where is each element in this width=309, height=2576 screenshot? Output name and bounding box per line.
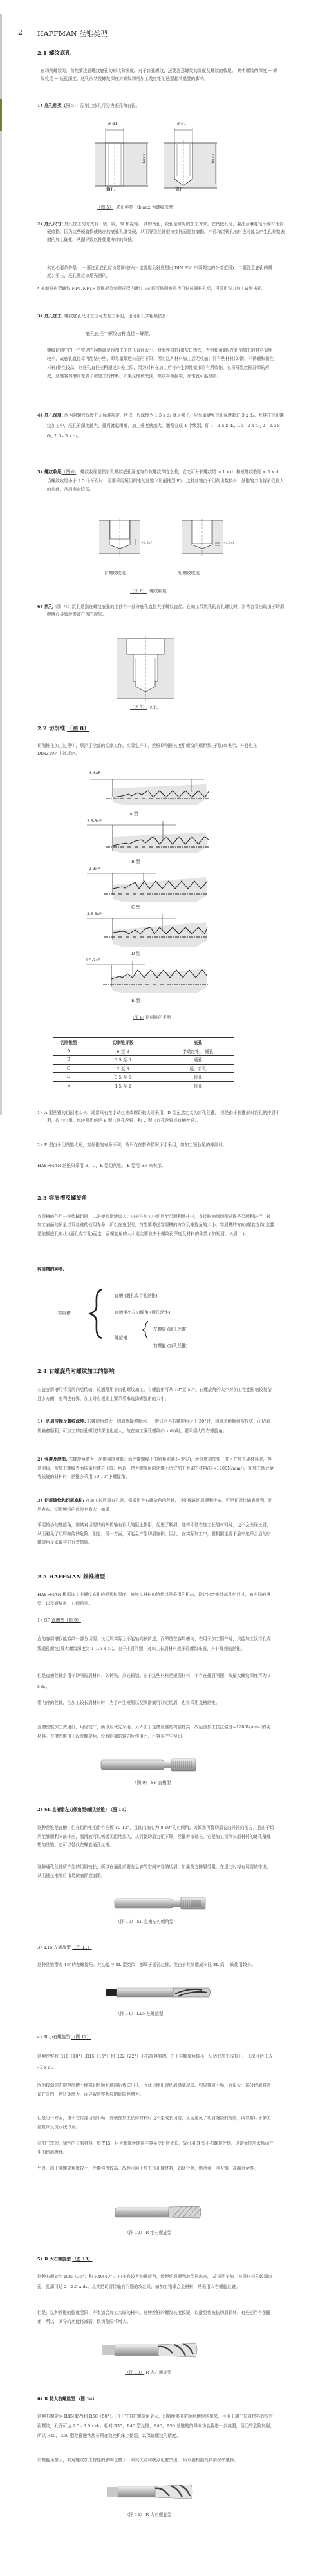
s24-point3-more: 采用较小的螺旋角，则其对切屑的向外传输有很大的阻止作用，促进了断屑。这样即使在加… — [37, 1521, 274, 1548]
page-edge-bar — [0, 14, 2, 1115]
s21-item3-more: 螺纹切削中的一个常见的问题就是预加工的底孔直径太小。对脆性材料(如灰口铸铁，青铜… — [47, 346, 276, 381]
s21-intro: 在切削螺纹时，首先要注意螺纹底孔的形状和深度。对于盲孔螺纹，还要注意螺纹的深度及… — [41, 67, 277, 82]
sf-para-2: 但是直槽丝锥常用于切削短屑材料，如铸铁，高硅铸铝。由于这些材料是短屑材料，不存在… — [37, 1671, 274, 1692]
s21-item5-label: 5）螺纹收尾 — [37, 469, 62, 475]
s24-point3: 3）切屑缠绕和切屑塞积: 在加工长屑深盲孔时，需采用大右螺旋角的丝锥，以便保证切… — [37, 1497, 274, 1514]
table-cell: A — [53, 1046, 84, 1056]
r-small-type-prefix: 4）R 小右螺旋型 — [37, 2034, 71, 2040]
fig8-ref[interactable]: (图 8) — [133, 1015, 144, 1020]
s23-types-title: 容屑槽的种类: — [37, 1265, 274, 1273]
fig7-caption-text: 沉孔 — [149, 705, 158, 710]
fig5-dim-label-through: ø d1 — [108, 121, 117, 126]
tree-root-label: 容屑槽 — [58, 1309, 71, 1316]
r-xlarge-para-1: 这种右螺旋为 R45(45°)和 R50（50°）。由于它的右螺旋角更大，切屑能… — [37, 2412, 274, 2441]
s24-point3-label: 3）切屑缠绕和切屑塞积: — [37, 1498, 84, 1503]
sf-type-prefix: 1）SF — [37, 1618, 51, 1623]
table-header: 切削锥型 — [53, 1038, 84, 1047]
fig5-caption-text: 底孔种类 （bmax 为螺纹深度） — [116, 205, 177, 210]
fig10-ref[interactable]: （图 10） — [116, 1919, 135, 1924]
fig14-caption-text: R 大右螺旋型 — [145, 2512, 171, 2517]
fig12-caption-text: R 小右螺旋型 — [145, 2230, 171, 2235]
fig8-c-label: C 型 — [131, 904, 140, 910]
table-row: D3.5 至 5盲孔 — [53, 1073, 234, 1082]
table-cell: 6 至 8 — [84, 1046, 162, 1056]
fig10-link[interactable]: （图 10） — [109, 1807, 129, 1812]
cone-type-d — [87, 914, 209, 947]
s21-formula: 底孔直径＝螺纹公称直径－螺距。 — [86, 330, 309, 337]
r-xlarge-para-2: 右螺旋角愈大，其对螺纹加工特性的影响也愈大，即其优点和缺点也愈突出。 所以要根据… — [37, 2456, 274, 2465]
chapter-number: 2 — [18, 28, 23, 37]
fig6-short-label: 短螺纹收尾 — [178, 569, 200, 576]
fig8-c-dim: 2-3xP — [89, 867, 100, 871]
table-cell: 3.5 至 5 — [84, 1056, 162, 1065]
s21-item5: 5）螺纹收尾（图 6）：螺纹收尾是指盲孔螺纹底孔深度与有效螺纹深度之差，它又可分… — [37, 468, 285, 495]
s21-item5-text: ：螺纹收尾是指盲孔螺纹底孔深度与有效螺纹深度之差，它又可分长螺纹尾 > 1 x … — [47, 469, 285, 492]
r-large-para-1: 这种右螺旋为 R35（35°）和 R40(40°)。由于有较大的螺旋角，能使切屑… — [37, 2272, 274, 2292]
fig14-link[interactable]: （图 14） — [77, 2396, 97, 2401]
s21-item4-label: 4）底孔深度: — [37, 413, 63, 418]
fig11-link[interactable]: （图 11） — [72, 1945, 91, 1950]
section-2-1-title: 2.1 螺纹底孔 — [37, 49, 71, 57]
sl-tap-image — [114, 1896, 207, 1910]
fig6-long-label: 长螺纹收尾 — [104, 569, 126, 576]
table-cell: B — [53, 1056, 84, 1065]
fig7-diagram — [116, 636, 175, 701]
sf-tap-image — [100, 1757, 197, 1772]
r-large-type-prefix: 5）R 大右螺旋型 — [37, 2257, 72, 2262]
fig10-caption: （图 10） SL 直槽左刃倾角型 — [116, 1918, 174, 1924]
fig8-caption-text: 切削锥的类型 — [145, 1015, 171, 1020]
fig6-caption-text: 螺纹收尾 — [149, 589, 166, 594]
fig11-ref[interactable]: （图 11） — [116, 2011, 135, 2016]
fig9-caption: （图 9） SF 直槽型 — [133, 1779, 171, 1785]
section-2-5-title: 2.5 HAFFMAN 丝锥槽型 — [37, 1573, 105, 1580]
fig10-caption-text: SL 直槽左刃倾角型 — [136, 1919, 173, 1924]
fig5-ref[interactable]: （图 5） — [97, 205, 113, 210]
s21-note: * 美制锥形管螺纹 NPT/NPTF 及锥形英制惠氏管内螺纹 Rc 既可钻圆锥孔… — [37, 285, 283, 292]
section-2-2-title-text: 2.2 切削锥 — [37, 726, 65, 732]
table-header: 切削锥牙数 — [84, 1038, 162, 1047]
s21-item3: 3）底孔加工: 螺纹底孔尺寸直径可查有关手册，也可用公式粗略估算： — [37, 312, 274, 320]
fig12-ref[interactable]: （图 12） — [125, 2230, 144, 2235]
fig5-depth-label-blind: bmax — [212, 153, 216, 163]
fig13-ref[interactable]: （图 13） — [125, 2370, 144, 2375]
fig9-caption-text: SF 直槽型 — [151, 1780, 171, 1785]
fig5-depth-label-through: bmax — [143, 153, 147, 163]
fig8-d-dim: 3.5-5xP — [87, 912, 102, 916]
cone-type-e — [86, 961, 209, 993]
fig8-caption: (图 8) 切削锥的类型 — [133, 1014, 171, 1020]
s24-intro: 右旋容屑槽可将切屑向后传输，故通常用于盲孔螺纹加工。右螺旋角可从 10°至 50… — [37, 1386, 274, 1403]
r-small-para-1: 这种丝锥有 R10（10°）,R15（15°）和 R22（22°）小右旋容屑槽。… — [37, 2051, 274, 2073]
table-header-row: 切削锥型 切削锥牙数 底孔 — [53, 1038, 234, 1047]
r-large-para-2: 但是，这种丝锥的强度受限，不太适合加工太硬的材料。这种丝锥的螺纹长度较短，以避免… — [37, 2309, 274, 2326]
fig6-diagram — [97, 519, 245, 558]
fig5-link[interactable]: 图 5） — [66, 103, 76, 108]
fig13-caption-text: R 大右螺旋型 — [145, 2370, 171, 2375]
table-cell: E — [53, 1081, 84, 1090]
s21-item2-more: 其它必要条件是： 一要注意底孔应该是圆柱形(一定要避免斜度超出 DIN 336 … — [47, 264, 276, 279]
s22-intro: 切削锥在加工过程中，承担了全部的切削工作。实际生产中，丝锥切削锥长度用螺纹的螺距… — [37, 742, 274, 757]
fig12-link[interactable]: （图 12） — [71, 2034, 91, 2040]
sf-para-3: 带内冷的丝锥，在加工较长屑材料时，为了产生短屑以便润滑液可冲走切屑，也常采用直槽… — [37, 1699, 274, 1708]
fig8-b-dim: 3.5-5xP — [87, 819, 102, 824]
table-cell: 3.5 至 5 — [84, 1073, 162, 1082]
fig13-caption: （图 13） R 大右螺旋型 — [125, 2369, 171, 2375]
tree-straight: 直槽 (通孔或盲孔丝锥) — [115, 1292, 158, 1298]
table-row: A6 至 8手动丝锥， 通孔 — [53, 1046, 234, 1056]
cone-type-b — [87, 821, 209, 853]
fig8-a-dim: 6-8xP — [89, 771, 100, 775]
fig8-e-label: E 型 — [131, 997, 140, 1003]
s21-item6-text: ：沉孔是指在螺纹底孔的上面有一部分底孔直径大于螺纹直径。在加工带沉孔的盲孔螺纹时… — [47, 604, 284, 617]
fig7-ref[interactable]: （图 7） — [130, 705, 147, 710]
table-cell: D — [53, 1073, 84, 1082]
s21-item4: 4）底孔深度: 因为对螺纹深度并无标准规定，所以一般深度为 1.5 x d₁ 就… — [37, 410, 285, 441]
table-header: 底孔 — [162, 1038, 234, 1047]
s21-item2-label: 2）底孔尺寸: — [37, 222, 63, 227]
s24-point2-label: 2）强度及磨损: — [37, 1457, 68, 1462]
cone-type-a — [90, 779, 209, 805]
tree-spiral: 螺旋槽 — [115, 1334, 127, 1340]
fig8-diagram — [84, 773, 212, 1018]
fig8-a-label: A 型 — [129, 810, 138, 817]
s24-point2-text: 右螺旋角愈大，丝锥强度愈低；而丝锥螺纹上的斜角则减小(变尖)，丝锥磨损加快，并且… — [37, 1457, 274, 1479]
cone-type-table: 切削锥型 切削锥牙数 底孔 A6 至 8手动丝锥， 通孔 B3.5 至 5通孔 … — [53, 1037, 234, 1090]
r-small-para-5: 另外，由于其螺旋角度较小，丝锥强度较高，故也可用于加工盲孔硬材料，如钛合金，镍合… — [37, 2164, 274, 2173]
tree-straight-left: 直槽带小左刃倾角 (通孔丝锥) — [115, 1309, 170, 1315]
sl-type-title: 2）SL 直槽带左刃倾角型(螺尖丝锥) （图 10） — [37, 1806, 129, 1814]
fig8-d-label: D 型 — [131, 950, 140, 956]
l15-type-prefix: 3）L15 左螺旋型 — [37, 1945, 72, 1950]
fig6-caption: （图 6） 螺纹收尾 — [130, 587, 167, 594]
page-edge-bar-lower — [0, 101, 2, 1115]
table-row: B3.5 至 5通孔 — [53, 1056, 234, 1065]
s21-item3-label: 3）底孔加工: — [37, 314, 63, 319]
table-cell: 通孔 — [162, 1056, 234, 1065]
cone-type-c — [87, 873, 209, 902]
sl-type-prefix: 2）SL 直槽带左刃倾角型(螺尖丝锥) — [37, 1807, 109, 1812]
chapter-title: HAFFMAN 丝锥类型 — [37, 28, 108, 39]
fig6-long-dim: >2.5xP — [141, 542, 153, 545]
s21-item1-label: 1）底孔种类（ — [37, 103, 66, 108]
sf-para-1: 直的容屑槽仅能容纳一部分切屑。长切屑实际上不能轴向被传送，而滞留在容屑槽内，在用… — [37, 1634, 274, 1653]
section-2-4-title: 2.4 右螺旋角对螺纹加工的影响 — [37, 1367, 115, 1375]
sl-para-2: 这种通孔丝锥所产生的切屑较长，所以在通孔前要有足够的空间来容纳切屑，如果前方排屑… — [37, 1863, 274, 1880]
s23-intro: 容屑槽的作用一是传输切屑，二是使润滑液流入。由于在加工中切屑能否顺利地排出，直接… — [37, 1213, 274, 1238]
table-row: E1.5 至 2盲孔 — [53, 1081, 234, 1090]
fig5-caption: （图 5） 底孔种类 （bmax 为螺纹深度） — [97, 204, 177, 210]
s21-item4-text: 因为对螺纹深度并无标准规定，所以一般深度为 1.5 x d₁ 就足够了。应尽量避… — [47, 413, 284, 439]
s24-point1: 1） 切屑传输及螺纹深度: 右螺旋角愈大，切屑传输愈顺利。一般只有当右螺旋角大于… — [37, 1417, 274, 1435]
sl-para-1: 这种丝锥是直槽，但在切削锥前带有左倾 10-12°，且轴向偏心为 8-10°的刃… — [37, 1824, 274, 1850]
tree-left-spiral: 左螺旋 (通孔丝锥) — [153, 1325, 187, 1332]
r-xlarge-type-prefix: 6）R 特大右螺旋型 — [37, 2396, 77, 2401]
s21-item3-text: 螺纹底孔尺寸直径可查有关手册，也可用公式粗略估算： — [63, 314, 171, 319]
s21-item6: 6）沉孔（图 7）：沉孔是指在螺纹底孔的上面有一部分底孔直径大于螺纹直径。在加工… — [37, 603, 285, 618]
table-row: C2 至 3通，盲孔 — [53, 1064, 234, 1073]
fig5-through-label: 通孔 — [106, 185, 115, 192]
s21-item2: 2）底孔尺寸: 底孔加工的方式有：钻，铰，冲 和浇铸。 其中钻孔，铰孔是常见的加… — [37, 220, 285, 243]
s22-note2: 2）E 型由于切削锥太短，对丝锥的寿命不利，故只有在特殊情况下才采用，如加工短收… — [37, 1141, 285, 1149]
fig11-caption-text: L15 左螺旋型 — [136, 2011, 163, 2016]
r-large-tap-image — [102, 2342, 198, 2358]
sf-para-4: 直槽丝锥加工费用低，用途较广，所以应优先采用。另外由于直槽丝锥结构强度高，故适合… — [37, 1723, 274, 1741]
s25-intro: HAFFMAN 根据加工中螺纹底孔的形状和深度，被加工材料的特性以及采用的机床，… — [37, 1591, 274, 1608]
fig14-caption: （图 14） R 大右螺旋型 — [125, 2511, 171, 2517]
r-small-type-title: 4）R 小右螺旋型 （图 12） — [37, 2033, 91, 2041]
section-2-3-title: 2.3 容屑槽及螺旋角 — [37, 1194, 87, 1202]
s21-item1-text: ：原则上底孔可分为通孔和盲孔。 — [76, 103, 140, 108]
r-small-tap-image — [115, 2205, 202, 2219]
table-cell: 盲孔 — [162, 1081, 234, 1090]
s21-item2-text: 底孔加工的方式有：钻，铰，冲 和浇铸。 其中钻孔，铰孔是常见的加工方式。在钻底孔… — [47, 222, 285, 242]
s21-item6-label: 6）沉孔 — [37, 604, 53, 609]
l15-tap-image — [106, 1986, 212, 1999]
s22-summary: HAFFMAN 丝锥只采用 B，C，E 型切削锥。 E 型用 EF 来表示。 — [37, 1162, 165, 1170]
r-xlarge-tap-image — [106, 2483, 194, 2500]
fig9-link[interactable]: 直槽型（图 9） — [51, 1618, 81, 1623]
r-small-para-3: 但是另一方面，由于它传送切屑不畅，即使在加工长屑材料时也不生成长切屑，从而避免了… — [37, 2114, 274, 2132]
table-cell: 盲孔 — [162, 1073, 234, 1082]
table-cell: 2 至 3 — [84, 1064, 162, 1073]
s21-item1: 1）底孔种类（图 5）：原则上底孔可分为通孔和盲孔。 — [37, 102, 274, 109]
fig8-e-dim: 1.5-2xP — [86, 958, 100, 963]
table-cell: 通，盲孔 — [162, 1064, 234, 1073]
s24-point2: 2）强度及磨损: 右螺旋角愈大，丝锥强度愈低；而丝锥螺纹上的斜角则减小(变尖)，… — [37, 1455, 274, 1482]
tree-right-spiral: 右螺旋 (盲孔丝锥) — [153, 1342, 187, 1349]
fig13-link[interactable]: （图 13） — [72, 2257, 92, 2262]
l15-type-title: 3）L15 左螺旋型 （图 11） — [37, 1944, 91, 1951]
fig8-link[interactable]: （图 8） — [67, 726, 89, 732]
s22-note1: 1）A 型丝锥的切削锥太长，通常只有在手动丝锥或螺距较大时采用，D 型虽然定义为… — [37, 1109, 285, 1124]
fig6-ref[interactable]: （图 6） — [130, 589, 147, 594]
fig9-ref[interactable]: （图 9） — [133, 1780, 149, 1785]
sf-type-title: 1）SF 直槽型（图 9） — [37, 1616, 81, 1624]
fig8-b-label: B 型 — [131, 858, 140, 864]
fig14-ref[interactable]: （图 14） — [125, 2512, 144, 2517]
r-small-para-4: 在加工软的，韧性的长屑材料，如 Y15，用大螺旋丝锥往往容易使切屑太长，故可用 … — [37, 2139, 274, 2157]
fig5-blind-label: 盲孔 — [175, 185, 183, 192]
fig11-caption: （图 11） L15 左螺旋型 — [116, 2010, 164, 2016]
r-large-type-title: 5）R 大右螺旋型 （图 13） — [37, 2255, 93, 2263]
fig6-short-dim: <2.5xP — [223, 542, 235, 545]
l15-para-1: 这种丝锥带有 15°的左螺旋角。其功能与 SL 型类似，都属于通孔丝锥。但由于其… — [37, 1961, 274, 1970]
fig12-caption: （图 12） R 小右螺旋型 — [125, 2229, 171, 2235]
fig5-dim-label-blind: ø d1 — [177, 121, 186, 126]
page-edge-accent — [0, 99, 2, 131]
fig6-link[interactable]: （图 6） — [62, 469, 77, 475]
table-cell: 手动丝锥， 通孔 — [162, 1046, 234, 1056]
fig5-diagram — [90, 121, 225, 192]
r-small-para-2: 因为较弱的右旋容屑槽不能将切屑顺利地向后传送出孔，因此可能出现切屑堵塞现象。如果… — [37, 2081, 274, 2099]
table-cell: 1.5 至 2 — [84, 1081, 162, 1090]
r-xlarge-type-title: 6）R 特大右螺旋型 （图 14） — [37, 2395, 97, 2403]
fig7-link[interactable]: （图 7） — [53, 604, 68, 609]
fig7-caption: （图 7） 沉孔 — [130, 703, 158, 710]
table-cell: C — [53, 1064, 84, 1073]
s24-point1-label: 1） 切屑传输及螺纹深度: — [37, 1419, 86, 1424]
section-2-2-title: 2.2 切削锥 （图 8） — [37, 724, 89, 732]
